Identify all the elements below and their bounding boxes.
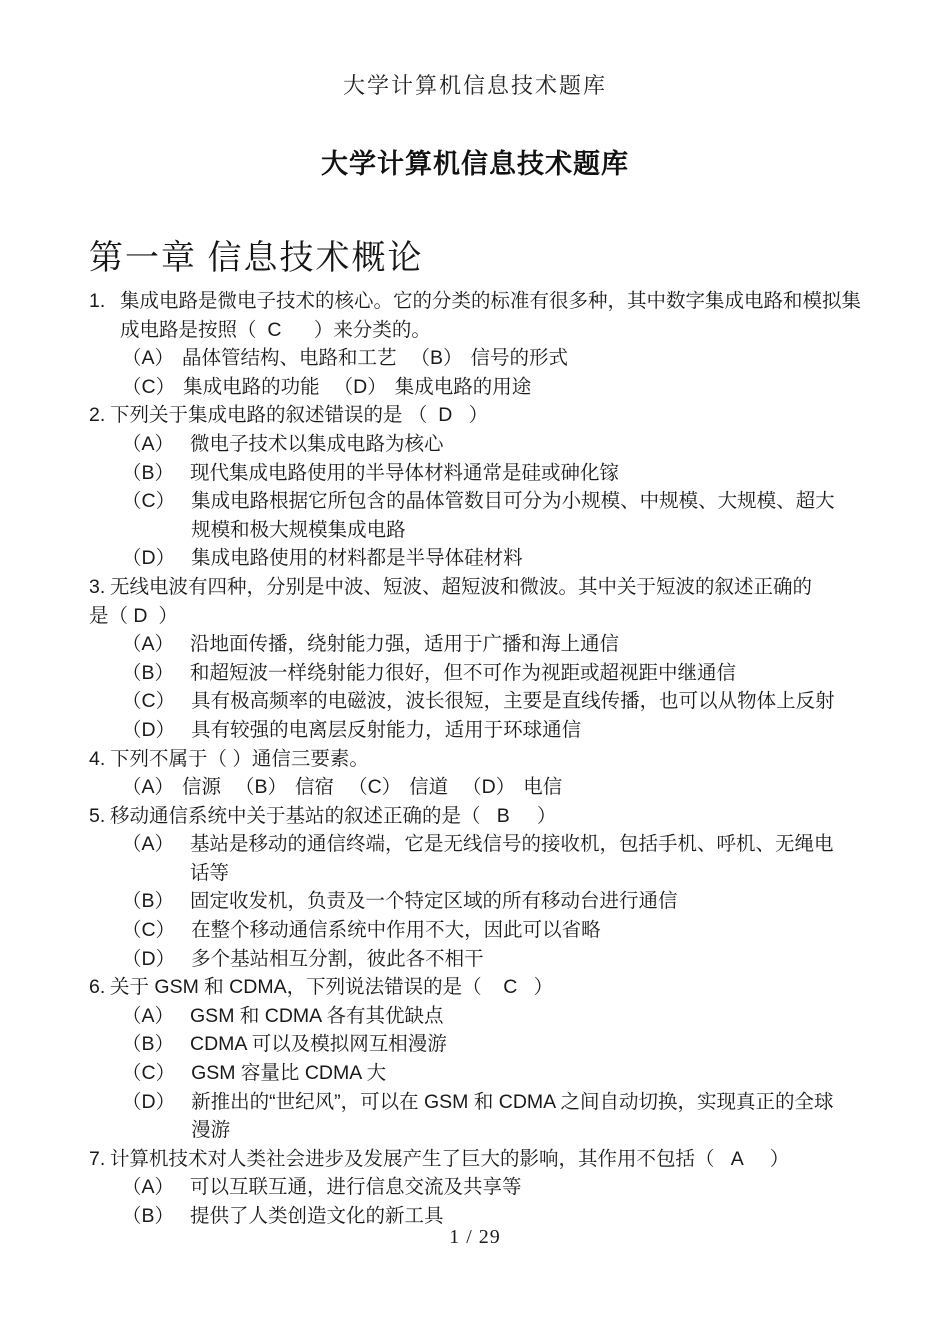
question-number: 3. <box>89 573 110 602</box>
document-page: 大学计算机信息技术题库 大学计算机信息技术题库 第一章 信息技术概论 1.集成电… <box>0 0 950 1340</box>
option-label: （D） <box>122 716 175 745</box>
question-stem-text: 下列不属于（ ）通信三要素。 <box>110 748 369 770</box>
option-row: （B）CDMA 可以及模拟网互相漫游 <box>89 1030 861 1059</box>
option-text: 集成电路使用的材料都是半导体硅材料 <box>191 544 523 573</box>
option-text: 沿地面传播，绕射能力强，适用于广播和海上通信 <box>190 630 619 659</box>
option-row: （D）集成电路使用的材料都是半导体硅材料 <box>89 544 861 573</box>
option-text: 可以互联互通，进行信息交流及共享等 <box>190 1173 522 1202</box>
option: （D）电信 <box>462 773 562 802</box>
option: （B）信宿 <box>235 773 334 802</box>
document-header: 大学计算机信息技术题库 <box>0 72 950 100</box>
option: （B）CDMA 可以及模拟网互相漫游 <box>122 1030 447 1059</box>
question-stem: 5.移动通信系统中关于基站的叙述正确的是（ B ） <box>89 802 827 831</box>
question-stem-text: 关于 GSM 和 CDMA，下列说法错误的是（ C ） <box>110 976 553 998</box>
option-text: 信号的形式 <box>471 344 569 373</box>
option-row: （A）GSM 和 CDMA 各有其优缺点 <box>89 1002 861 1031</box>
option-label: （A） <box>122 773 174 802</box>
option-label: （B） <box>122 887 174 916</box>
option-text: 集成电路的用途 <box>395 373 532 402</box>
option-label: （D） <box>122 1088 175 1117</box>
option-text: 具有较强的电离层反射能力，适用于环球通信 <box>191 716 581 745</box>
option: （A）晶体管结构、电路和工艺 <box>122 344 397 373</box>
option-row: （C）GSM 容量比 CDMA 大 <box>89 1059 861 1088</box>
questions: 1.集成电路是微电子技术的核心。它的分类的标准有很多种，其中数字集成电路和模拟集… <box>89 287 861 1231</box>
option: （C）在整个移动通信系统中作用不大，因此可以省略 <box>122 916 601 945</box>
option-text: 固定收发机，负责及一个特定区域的所有移动台进行通信 <box>190 887 678 916</box>
option-text: 集成电路根据它所包含的晶体管数目可分为小规模、中规模、大规模、超大规模和极大规模… <box>191 487 841 544</box>
option-row: （C）在整个移动通信系统中作用不大，因此可以省略 <box>89 916 861 945</box>
option-label: （C） <box>348 773 401 802</box>
option: （A）沿地面传播，绕射能力强，适用于广播和海上通信 <box>122 630 619 659</box>
question-stem: 7.计算机技术对人类社会进步及发展产生了巨大的影响，其作用不包括（ A ） <box>89 1145 827 1174</box>
question: 2.下列关于集成电路的叙述错误的是 （ D ）（A）微电子技术以集成电路为核心（… <box>89 401 861 573</box>
option-label: （A） <box>122 430 174 459</box>
option: （A）微电子技术以集成电路为核心 <box>122 430 444 459</box>
option: （D）具有较强的电离层反射能力，适用于环球通信 <box>122 716 581 745</box>
option-label: （A） <box>122 1173 174 1202</box>
option-text: 基站是移动的通信终端，它是无线信号的接收机，包括手机、呼机、无绳电话等 <box>190 830 840 887</box>
document-body: 第一章 信息技术概论 1.集成电路是微电子技术的核心。它的分类的标准有很多种，其… <box>89 238 861 1231</box>
option: （C）具有极高频率的电磁波，波长很短，主要是直线传播，也可以从物体上反射 <box>122 687 835 716</box>
option-text: 多个基站相互分割，彼此各不相干 <box>191 945 484 974</box>
option-text: 信道 <box>409 773 448 802</box>
option: （C）集成电路根据它所包含的晶体管数目可分为小规模、中规模、大规模、超大规模和极… <box>122 487 841 544</box>
option-row: （D）多个基站相互分割，彼此各不相干 <box>89 945 861 974</box>
option-label: （C） <box>122 916 175 945</box>
option-text: 信源 <box>182 773 221 802</box>
question-stem-text: 下列关于集成电路的叙述错误的是 （ D ） <box>110 404 488 426</box>
question-number: 6. <box>89 973 110 1002</box>
option-text: 信宿 <box>295 773 334 802</box>
question-stem-text: 移动通信系统中关于基站的叙述正确的是（ B ） <box>110 805 556 827</box>
option-label: （D） <box>122 544 175 573</box>
question-number: 4. <box>89 745 110 774</box>
option-row: （C）集成电路的功能（D）集成电路的用途 <box>89 373 861 402</box>
question: 1.集成电路是微电子技术的核心。它的分类的标准有很多种，其中数字集成电路和模拟集… <box>89 287 861 401</box>
option-text: 在整个移动通信系统中作用不大，因此可以省略 <box>191 916 601 945</box>
option: （A）GSM 和 CDMA 各有其优缺点 <box>122 1002 444 1031</box>
question-stem: 4.下列不属于（ ）通信三要素。 <box>89 745 827 774</box>
option: （B）信号的形式 <box>411 344 569 373</box>
question: 4.下列不属于（ ）通信三要素。（A）信源（B）信宿（C）信道（D）电信 <box>89 745 861 802</box>
option-label: （A） <box>122 830 174 859</box>
question-number: 7. <box>89 1145 110 1174</box>
question-number: 5. <box>89 802 110 831</box>
question-stem: 3.无线电波有四种，分别是中波、短波、超短波和微波。其中关于短波的叙述正确的是（… <box>89 573 827 630</box>
option: （D）新推出的“世纪风”，可以在 GSM 和 CDMA 之间自动切换，实现真正的… <box>122 1088 841 1145</box>
option: （C）集成电路的功能 <box>122 373 320 402</box>
question-stem-text: 集成电路是微电子技术的核心。它的分类的标准有很多种，其中数字集成电路和模拟集成电… <box>120 290 861 341</box>
option-text: GSM 容量比 CDMA 大 <box>191 1059 386 1088</box>
option-label: （B） <box>411 344 463 373</box>
option-row: （A）基站是移动的通信终端，它是无线信号的接收机，包括手机、呼机、无绳电话等 <box>89 830 861 887</box>
option-label: （C） <box>122 487 175 516</box>
question: 6.关于 GSM 和 CDMA，下列说法错误的是（ C ）（A）GSM 和 CD… <box>89 973 861 1145</box>
question-stem: 2.下列关于集成电路的叙述错误的是 （ D ） <box>89 401 827 430</box>
option: （A）信源 <box>122 773 221 802</box>
page-number-footer: 1 / 29 <box>0 1224 950 1250</box>
option-text: 和超短波一样绕射能力很好，但不可作为视距或超视距中继通信 <box>190 659 736 688</box>
option-row: （A）信源（B）信宿（C）信道（D）电信 <box>89 773 861 802</box>
option-row: （D）新推出的“世纪风”，可以在 GSM 和 CDMA 之间自动切换，实现真正的… <box>89 1088 861 1145</box>
option: （A）可以互联互通，进行信息交流及共享等 <box>122 1173 522 1202</box>
option-label: （B） <box>122 1030 174 1059</box>
option-row: （B）和超短波一样绕射能力很好，但不可作为视距或超视距中继通信 <box>89 659 861 688</box>
option-text: 现代集成电路使用的半导体材料通常是硅或砷化镓 <box>190 459 619 488</box>
option-row: （A）沿地面传播，绕射能力强，适用于广播和海上通信 <box>89 630 861 659</box>
question-number: 1. <box>89 287 120 316</box>
question-stem: 6.关于 GSM 和 CDMA，下列说法错误的是（ C ） <box>89 973 827 1002</box>
option-row: （B）现代集成电路使用的半导体材料通常是硅或砷化镓 <box>89 459 861 488</box>
question-stem-text: 无线电波有四种，分别是中波、短波、超短波和微波。其中关于短波的叙述正确的是（ D… <box>89 576 812 627</box>
option: （C）GSM 容量比 CDMA 大 <box>122 1059 386 1088</box>
option-label: （A） <box>122 1002 174 1031</box>
option-label: （C） <box>122 1059 175 1088</box>
option-label: （B） <box>235 773 287 802</box>
document-title: 大学计算机信息技术题库 <box>0 146 950 182</box>
option-text: 新推出的“世纪风”，可以在 GSM 和 CDMA 之间自动切换，实现真正的全球漫… <box>191 1088 841 1145</box>
option-text: 具有极高频率的电磁波，波长很短，主要是直线传播，也可以从物体上反射 <box>191 687 835 716</box>
option-label: （C） <box>122 687 175 716</box>
chapter-heading: 第一章 信息技术概论 <box>89 238 861 279</box>
option-text: 微电子技术以集成电路为核心 <box>190 430 444 459</box>
option-row: （A）微电子技术以集成电路为核心 <box>89 430 861 459</box>
option: （D）集成电路使用的材料都是半导体硅材料 <box>122 544 523 573</box>
option: （B）固定收发机，负责及一个特定区域的所有移动台进行通信 <box>122 887 678 916</box>
option: （C）信道 <box>348 773 448 802</box>
option-row: （C）具有极高频率的电磁波，波长很短，主要是直线传播，也可以从物体上反射 <box>89 687 861 716</box>
option-label: （D） <box>462 773 515 802</box>
question: 5.移动通信系统中关于基站的叙述正确的是（ B ）（A）基站是移动的通信终端，它… <box>89 802 861 974</box>
option: （B）和超短波一样绕射能力很好，但不可作为视距或超视距中继通信 <box>122 659 736 688</box>
option-row: （C）集成电路根据它所包含的晶体管数目可分为小规模、中规模、大规模、超大规模和极… <box>89 487 861 544</box>
question: 3.无线电波有四种，分别是中波、短波、超短波和微波。其中关于短波的叙述正确的是（… <box>89 573 861 745</box>
option-label: （D） <box>122 945 175 974</box>
option: （D）集成电路的用途 <box>334 373 532 402</box>
option-row: （B）固定收发机，负责及一个特定区域的所有移动台进行通信 <box>89 887 861 916</box>
option-label: （D） <box>334 373 387 402</box>
option: （D）多个基站相互分割，彼此各不相干 <box>122 945 484 974</box>
question: 7.计算机技术对人类社会进步及发展产生了巨大的影响，其作用不包括（ A ）（A）… <box>89 1145 861 1231</box>
option: （A）基站是移动的通信终端，它是无线信号的接收机，包括手机、呼机、无绳电话等 <box>122 830 840 887</box>
option-label: （B） <box>122 659 174 688</box>
question-stem: 1.集成电路是微电子技术的核心。它的分类的标准有很多种，其中数字集成电路和模拟集… <box>89 287 861 344</box>
option-label: （C） <box>122 373 175 402</box>
option-row: （A）晶体管结构、电路和工艺（B）信号的形式 <box>89 344 861 373</box>
question-stem-text: 计算机技术对人类社会进步及发展产生了巨大的影响，其作用不包括（ A ） <box>110 1148 789 1170</box>
option-label: （A） <box>122 344 174 373</box>
option-text: 电信 <box>523 773 562 802</box>
option-label: （A） <box>122 630 174 659</box>
option-label: （B） <box>122 459 174 488</box>
option-text: 晶体管结构、电路和工艺 <box>182 344 397 373</box>
option-text: CDMA 可以及模拟网互相漫游 <box>190 1030 447 1059</box>
option-row: （D）具有较强的电离层反射能力，适用于环球通信 <box>89 716 861 745</box>
option: （B）现代集成电路使用的半导体材料通常是硅或砷化镓 <box>122 459 619 488</box>
question-number: 2. <box>89 401 110 430</box>
option-text: GSM 和 CDMA 各有其优缺点 <box>190 1002 444 1031</box>
option-row: （A）可以互联互通，进行信息交流及共享等 <box>89 1173 861 1202</box>
option-text: 集成电路的功能 <box>183 373 320 402</box>
